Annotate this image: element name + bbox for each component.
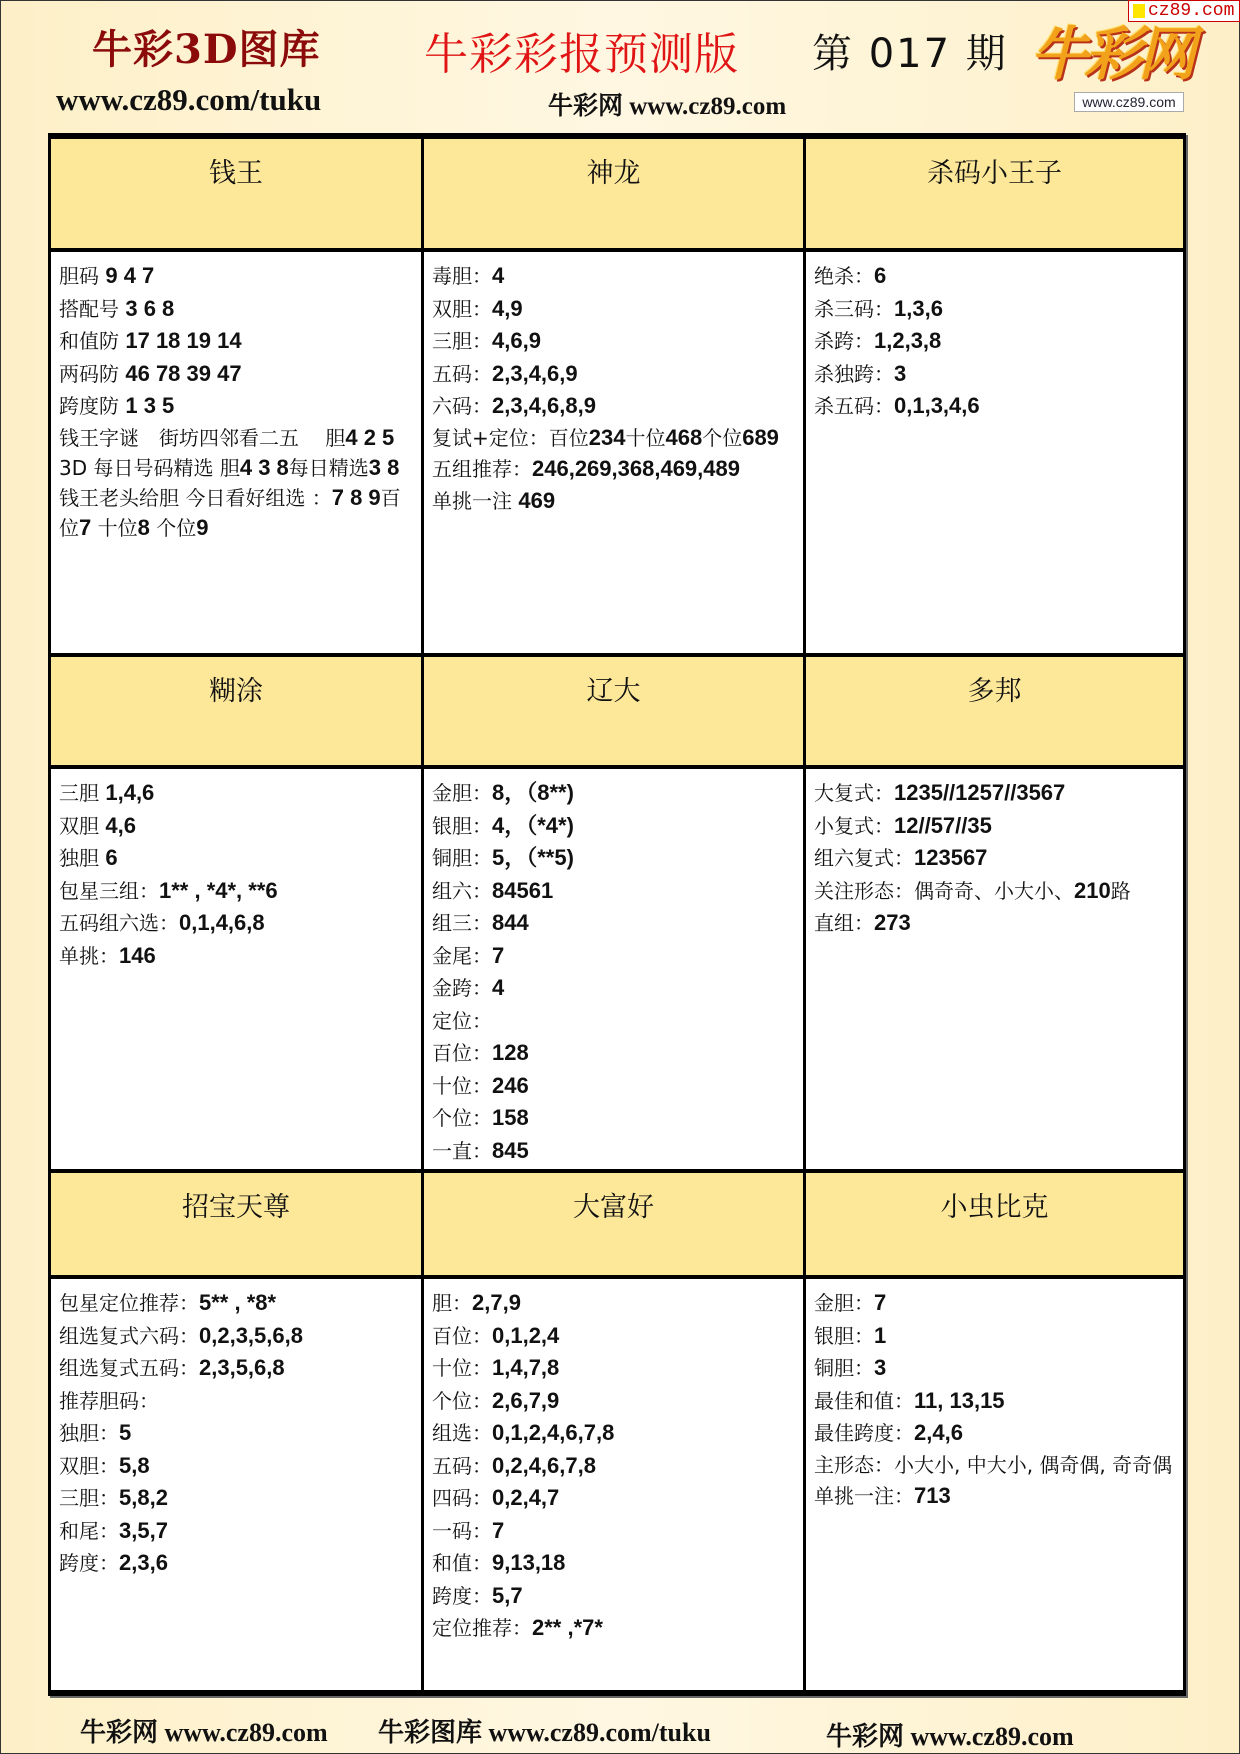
list-item: 三胆 1,4,6 bbox=[59, 777, 415, 810]
header-row-1: 钱王 神龙 杀码小王子 bbox=[51, 139, 1183, 252]
footer: 牛彩网 www.cz89.com 牛彩图库 www.cz89.com/tuku … bbox=[0, 1712, 1240, 1752]
section-xiaochong-bike: 金胆：7 银胆：1 铜胆：3 最佳和值：11, 13,15 最佳跨度：2,4,6… bbox=[806, 1279, 1183, 1690]
list-item: 十位：246 bbox=[432, 1070, 797, 1103]
list-item: 三胆：4,6,9 bbox=[432, 325, 797, 358]
list-item: 组六：84561 bbox=[432, 875, 797, 908]
list-item: 两码防 46 78 39 47 bbox=[59, 358, 415, 391]
list-item: 主形态：小大小, 中大小, 偶奇偶, 奇奇偶 bbox=[814, 1450, 1177, 1480]
list-item: 单挑一注：713 bbox=[814, 1480, 1177, 1513]
list-item: 十位：1,4,7,8 bbox=[432, 1352, 797, 1385]
list-item: 双胆：5,8 bbox=[59, 1450, 415, 1483]
section-shenlong: 毒胆：4 双胆：4,9 三胆：4,6,9 五码：2,3,4,6,9 六码：2,3… bbox=[424, 252, 806, 653]
tuku-url-link[interactable]: www.cz89.com/tuku bbox=[56, 82, 321, 118]
list-item: 绝杀：6 bbox=[814, 260, 1177, 293]
body-row-2: 三胆 1,4,6 双胆 4,6 独胆 6 包星三组：1** , *4*, **6… bbox=[51, 769, 1183, 1173]
list-item: 一直：845 bbox=[432, 1135, 797, 1168]
list-item: 包星三组：1** , *4*, **6 bbox=[59, 875, 415, 908]
section-title: 小虫比克 bbox=[806, 1173, 1183, 1275]
section-title: 钱王 bbox=[51, 139, 424, 248]
header-row-3: 招宝天尊 大富好 小虫比克 bbox=[51, 1173, 1183, 1279]
list-item: 关注形态：偶奇奇、小大小、210路 bbox=[814, 875, 1177, 908]
corner-url-text: cz89.com bbox=[1148, 1, 1234, 21]
list-item: 包星定位推荐：5** , *8* bbox=[59, 1287, 415, 1320]
list-item: 铜胆：5，（**5) bbox=[432, 842, 797, 875]
list-item: 3D 每日号码精选 胆4 3 8每日精选3 8 bbox=[59, 453, 415, 483]
section-title: 糊涂 bbox=[51, 657, 424, 765]
list-item: 搭配号 3 6 8 bbox=[59, 293, 415, 326]
list-item: 杀跨：1,2,3,8 bbox=[814, 325, 1177, 358]
list-item: 银胆：4，（*4*) bbox=[432, 810, 797, 843]
list-item: 跨度：5,7 bbox=[432, 1580, 797, 1613]
section-title: 杀码小王子 bbox=[806, 139, 1183, 248]
list-item: 推荐胆码： bbox=[59, 1385, 415, 1418]
brand-logo[interactable]: 牛彩网 www.cz89.com bbox=[1030, 14, 1192, 110]
list-item: 四码：0,2,4,7 bbox=[432, 1482, 797, 1515]
list-item: 单挑：146 bbox=[59, 940, 415, 973]
list-item: 单挑一注 469 bbox=[432, 485, 797, 518]
list-item: 双胆 4,6 bbox=[59, 810, 415, 843]
list-item: 独胆：5 bbox=[59, 1417, 415, 1450]
list-item: 组选：0,1,2,4,6,7,8 bbox=[432, 1417, 797, 1450]
list-item: 个位：158 bbox=[432, 1102, 797, 1135]
yellow-square-icon bbox=[1133, 4, 1145, 18]
section-title: 大富好 bbox=[424, 1173, 806, 1275]
list-item: 杀三码：1,3,6 bbox=[814, 293, 1177, 326]
logo-url: www.cz89.com bbox=[1074, 92, 1184, 112]
list-item: 最佳跨度：2,4,6 bbox=[814, 1417, 1177, 1450]
section-title: 神龙 bbox=[424, 139, 806, 248]
list-item: 定位推荐：2** ,*7* bbox=[432, 1612, 797, 1645]
list-item: 五组推荐：246,269,368,469,489 bbox=[432, 453, 797, 486]
section-title: 招宝天尊 bbox=[51, 1173, 424, 1275]
list-item: 毒胆：4 bbox=[432, 260, 797, 293]
list-item: 胆：2,7,9 bbox=[432, 1287, 797, 1320]
section-liaoda: 金胆：8，（8**) 银胆：4，（*4*) 铜胆：5，（**5) 组六：8456… bbox=[424, 769, 806, 1169]
list-item: 杀五码：0,1,3,4,6 bbox=[814, 390, 1177, 423]
list-item: 钱王字谜 街坊四邻看二五 胆4 2 5 bbox=[59, 423, 415, 453]
site-title-tuku: 牛彩3D图库 bbox=[92, 18, 321, 75]
list-item: 六码：2,3,4,6,8,9 bbox=[432, 390, 797, 423]
list-item: 五码组六选：0,1,4,6,8 bbox=[59, 907, 415, 940]
logo-text: 牛彩网 bbox=[1030, 14, 1192, 94]
list-item: 杀独跨：3 bbox=[814, 358, 1177, 391]
list-item: 钱王老头给胆 今日看好组选 ：7 8 9百位7 十位8 个位9 bbox=[59, 483, 415, 543]
footer-link-right[interactable]: 牛彩网 www.cz89.com bbox=[826, 1716, 1074, 1753]
list-item: 定位： bbox=[432, 1005, 797, 1038]
list-item: 和值防 17 18 19 14 bbox=[59, 325, 415, 358]
list-item: 百位：0,1,2,4 bbox=[432, 1320, 797, 1353]
page-title: 牛彩彩报预测版 bbox=[424, 18, 739, 82]
list-item: 个位：2,6,7,9 bbox=[432, 1385, 797, 1418]
list-item: 组选复式五码：2,3,5,6,8 bbox=[59, 1352, 415, 1385]
body-row-1: 胆码 9 4 7 搭配号 3 6 8 和值防 17 18 19 14 两码防 4… bbox=[51, 252, 1183, 657]
list-item: 金胆：7 bbox=[814, 1287, 1177, 1320]
footer-link-center[interactable]: 牛彩图库 www.cz89.com/tuku bbox=[378, 1712, 711, 1749]
list-item: 金胆：8，（8**) bbox=[432, 777, 797, 810]
section-title: 多邦 bbox=[806, 657, 1183, 765]
list-item: 五码：2,3,4,6,9 bbox=[432, 358, 797, 391]
list-item: 三胆：5,8,2 bbox=[59, 1482, 415, 1515]
list-item: 小复式：12//57//35 bbox=[814, 810, 1177, 843]
list-item: 组选复式六码：0,2,3,5,6,8 bbox=[59, 1320, 415, 1353]
site-url-link[interactable]: 牛彩网 www.cz89.com bbox=[548, 86, 786, 122]
prediction-grid: 钱王 神龙 杀码小王子 胆码 9 4 7 搭配号 3 6 8 和值防 17 18… bbox=[48, 133, 1186, 1696]
list-item: 跨度防 1 3 5 bbox=[59, 390, 415, 423]
section-qianwang: 胆码 9 4 7 搭配号 3 6 8 和值防 17 18 19 14 两码防 4… bbox=[51, 252, 424, 653]
section-duobang: 大复式：1235//1257//3567 小复式：12//57//35 组六复式… bbox=[806, 769, 1183, 1169]
list-item: 金尾：7 bbox=[432, 940, 797, 973]
section-hutu: 三胆 1,4,6 双胆 4,6 独胆 6 包星三组：1** , *4*, **6… bbox=[51, 769, 424, 1169]
section-zhaobao-tianzun: 包星定位推荐：5** , *8* 组选复式六码：0,2,3,5,6,8 组选复式… bbox=[51, 1279, 424, 1690]
section-title: 辽大 bbox=[424, 657, 806, 765]
list-item: 组三：844 bbox=[432, 907, 797, 940]
list-item: 和值：9,13,18 bbox=[432, 1547, 797, 1580]
issue-number: 第 017 期 bbox=[812, 22, 1008, 79]
list-item: 最佳和值：11, 13,15 bbox=[814, 1385, 1177, 1418]
list-item: 铜胆：3 bbox=[814, 1352, 1177, 1385]
list-item: 大复式：1235//1257//3567 bbox=[814, 777, 1177, 810]
list-item: 胆码 9 4 7 bbox=[59, 260, 415, 293]
header-row-2: 糊涂 辽大 多邦 bbox=[51, 657, 1183, 769]
footer-link-left[interactable]: 牛彩网 www.cz89.com bbox=[80, 1712, 328, 1749]
list-item: 独胆 6 bbox=[59, 842, 415, 875]
corner-url-badge[interactable]: cz89.com bbox=[1128, 0, 1240, 22]
list-item: 和尾：3,5,7 bbox=[59, 1515, 415, 1548]
list-item: 金跨：4 bbox=[432, 972, 797, 1005]
list-item: 银胆：1 bbox=[814, 1320, 1177, 1353]
section-dafuhao: 胆：2,7,9 百位：0,1,2,4 十位：1,4,7,8 个位：2,6,7,9… bbox=[424, 1279, 806, 1690]
section-shama-xiaowangzi: 绝杀：6 杀三码：1,3,6 杀跨：1,2,3,8 杀独跨：3 杀五码：0,1,… bbox=[806, 252, 1183, 653]
body-row-3: 包星定位推荐：5** , *8* 组选复式六码：0,2,3,5,6,8 组选复式… bbox=[51, 1279, 1183, 1690]
list-item: 百位：128 bbox=[432, 1037, 797, 1070]
list-item: 五码：0,2,4,6,7,8 bbox=[432, 1450, 797, 1483]
list-item: 双胆：4,9 bbox=[432, 293, 797, 326]
list-item: 复试+定位：百位234十位468个位689 bbox=[432, 423, 797, 453]
list-item: 直组：273 bbox=[814, 907, 1177, 940]
list-item: 一码：7 bbox=[432, 1515, 797, 1548]
list-item: 跨度：2,3,6 bbox=[59, 1547, 415, 1580]
list-item: 组六复式：123567 bbox=[814, 842, 1177, 875]
